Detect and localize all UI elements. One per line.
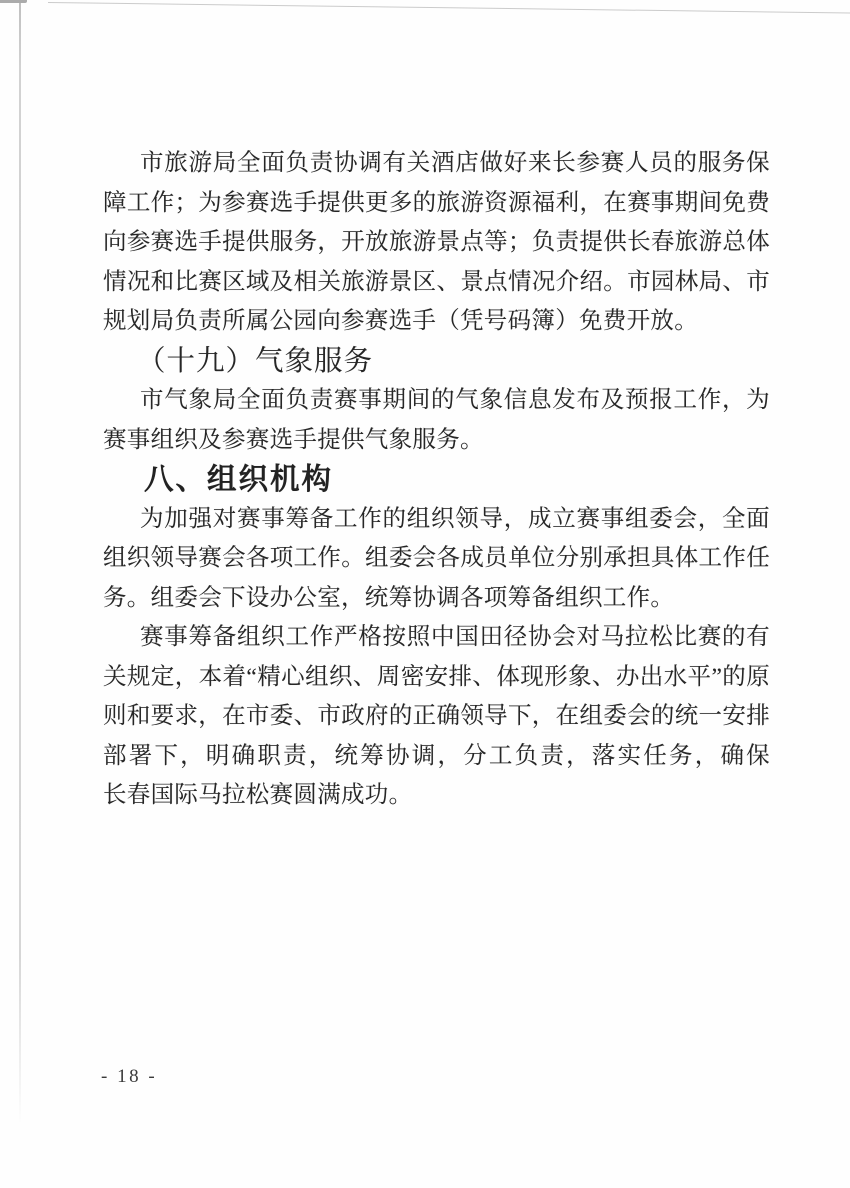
text-line: 情况和比赛区域及相关旅游景区、景点情况介绍。市园林局、市	[103, 263, 770, 303]
text-line: 则和要求，在市委、市政府的正确领导下，在组委会的统一安排	[103, 697, 770, 737]
scan-corner-smudge	[0, 0, 27, 3]
text-line: 部署下，明确职责，统筹协调，分工负责，落实任务，确保 2018	[103, 737, 770, 777]
scan-edge-left-line	[19, 0, 21, 1125]
text-line: （十九）气象服务	[103, 342, 770, 382]
paragraph: 赛事筹备组织工作严格按照中国田径协会对马拉松比赛的有关规定，本着“精心组织、周密…	[103, 618, 770, 816]
text-line: 向参赛选手提供服务，开放旅游景点等；负责提供长春旅游总体	[103, 223, 770, 263]
text-line: 关规定，本着“精心组织、周密安排、体现形象、办出水平”的原	[103, 658, 770, 698]
text-line: 组织领导赛会各项工作。组委会各成员单位分别承担具体工作任	[103, 539, 770, 579]
paper: 市旅游局全面负责协调有关酒店做好来长参赛人员的服务保障工作；为参赛选手提供更多的…	[0, 0, 850, 1188]
text-line: 八、组织机构	[103, 460, 770, 500]
paragraph: 市气象局全面负责赛事期间的气象信息发布及预报工作，为赛事组织及参赛选手提供气象服…	[103, 381, 770, 460]
text-line: 为加强对赛事筹备工作的组织领导，成立赛事组委会，全面	[103, 500, 770, 540]
paragraph: 为加强对赛事筹备工作的组织领导，成立赛事组委会，全面组织领导赛会各项工作。组委会…	[103, 500, 770, 619]
page-number: - 18 -	[101, 1066, 157, 1088]
text-line: 赛事筹备组织工作严格按照中国田径协会对马拉松比赛的有	[103, 618, 770, 658]
text-line: 务。组委会下设办公室，统筹协调各项筹备组织工作。	[103, 579, 770, 619]
paragraph: 市旅游局全面负责协调有关酒店做好来长参赛人员的服务保障工作；为参赛选手提供更多的…	[103, 144, 770, 342]
text-line: 市气象局全面负责赛事期间的气象信息发布及预报工作，为	[103, 381, 770, 421]
text-line: 障工作；为参赛选手提供更多的旅游资源福利，在赛事期间免费	[103, 184, 770, 224]
text-line: 市旅游局全面负责协调有关酒店做好来长参赛人员的服务保	[103, 144, 770, 184]
document-body: 市旅游局全面负责协调有关酒店做好来长参赛人员的服务保障工作；为参赛选手提供更多的…	[103, 144, 770, 816]
text-line: 规划局负责所属公园向参赛选手（凭号码簿）免费开放。	[103, 302, 770, 342]
text-line: 长春国际马拉松赛圆满成功。	[103, 776, 770, 816]
scan-edge-top-line	[48, 2, 850, 14]
section-heading: 八、组织机构	[103, 460, 770, 500]
text-line: 赛事组织及参赛选手提供气象服务。	[103, 421, 770, 461]
sub-heading: （十九）气象服务	[103, 342, 770, 382]
